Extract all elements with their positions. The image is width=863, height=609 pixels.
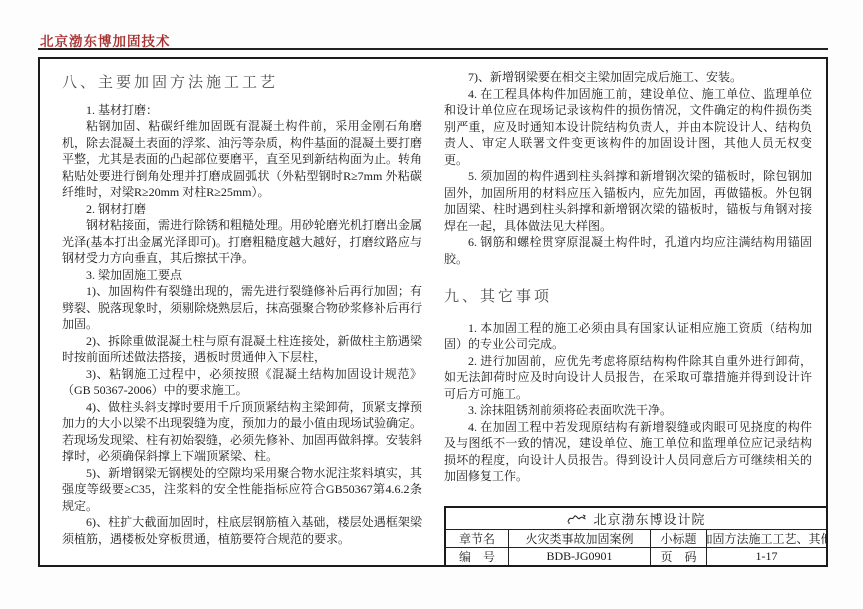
subtitle-value: 主要加固方法施工工艺、其他事项 bbox=[706, 529, 826, 547]
brand-header: 北京渤东博加固技术 bbox=[40, 30, 171, 50]
brand-underline-rule bbox=[38, 48, 828, 50]
right-column: 7)、新增钢梁要在相交主梁加固完成后施工、安装。4. 在工程具体构件加固施工前，… bbox=[444, 69, 812, 485]
section-heading-9: 九、其它事项 bbox=[444, 289, 812, 306]
section-heading-8: 八、主要加固方法施工工艺 bbox=[62, 75, 422, 92]
right-column-paragraphs-top: 7)、新增钢梁要在相交主梁加固完成后施工、安装。4. 在工程具体构件加固施工前，… bbox=[444, 69, 812, 267]
paragraph: 2. 进行加固前，应优先考虑将原结构构件除其自重外进行卸荷，如无法卸荷时应及时向… bbox=[444, 353, 812, 403]
paragraph: 6)、柱扩大截面加固时，柱底层钢筋植入基础，楼层处遇框架梁须植筋，遇楼板处穿板贯… bbox=[62, 514, 422, 547]
number-value: BDB-JG0901 bbox=[508, 547, 650, 565]
page-label: 页 码 bbox=[650, 547, 706, 565]
left-column-paragraphs: 1. 基材打磨：粘钢加固、粘碳纤维加固既有混凝土构件前，采用金刚石角磨机，除去混… bbox=[62, 102, 422, 548]
paragraph: 1)、加固构件有裂缝出现的，需先进行裂缝修补后再行加固；有劈裂、脱落现象时，须剔… bbox=[62, 283, 422, 333]
paragraph: 7)、新增钢梁要在相交主梁加固完成后施工、安装。 bbox=[444, 69, 812, 86]
left-column: 八、主要加固方法施工工艺 1. 基材打磨：粘钢加固、粘碳纤维加固既有混凝土构件前… bbox=[62, 69, 422, 547]
paragraph: 1. 基材打磨： bbox=[62, 102, 422, 119]
paragraph: 4. 在工程具体构件加固施工前，建设单位、施工单位、监理单位和设计单位应在现场记… bbox=[444, 86, 812, 169]
institute-name: 北京渤东博设计院 bbox=[593, 509, 705, 528]
paragraph: 5)、新增钢梁无钢楔处的空隙均采用聚合物水泥注浆料填实，其强度等级要≥C35，注… bbox=[62, 465, 422, 515]
paragraph: 6. 钢筋和螺栓贯穿原混凝土构件时，孔道内均应注满结构用锚固胶。 bbox=[444, 234, 812, 267]
paragraph: 4. 在加固工程中若发现原结构有新增裂缝或肉眼可见挠度的构件及与图纸不一致的情况… bbox=[444, 419, 812, 485]
title-block-header: 北京渤东博设计院 bbox=[446, 508, 826, 529]
paragraph: 3. 梁加固施工要点 bbox=[62, 267, 422, 284]
paragraph: 3. 涂抹阻锈剂前须将砼表面吹洗干净。 bbox=[444, 402, 812, 419]
paragraph: 2)、拆除重做混凝土柱与原有混凝土柱连接处，新做柱主筋遇梁时按前面所述做法搭接，… bbox=[62, 333, 422, 366]
subtitle-label: 小标题 bbox=[650, 529, 706, 547]
paragraph: 钢材粘接面，需进行除锈和粗糙处理。用砂轮磨光机打磨出金属光泽(基本打出金属光泽即… bbox=[62, 217, 422, 267]
paragraph: 2. 钢材打磨 bbox=[62, 201, 422, 218]
institute-logo-icon bbox=[566, 512, 588, 525]
title-block-table: 北京渤东博设计院 章节名 火灾类事故加固案例 小标题 主要加固方法施工工艺、其他… bbox=[444, 506, 828, 567]
paragraph: 1. 本加固工程的施工必须由具有国家认证相应施工资质（结构加固）的专业公司完成。 bbox=[444, 320, 812, 353]
paragraph: 5. 须加固的构件遇到柱头斜撑和新增钢次梁的锚板时，除包钢加固外，加固所用的材料… bbox=[444, 168, 812, 234]
paragraph: 粘钢加固、粘碳纤维加固既有混凝土构件前，采用金刚石角磨机，除去混凝土表面的浮浆、… bbox=[62, 118, 422, 201]
chapter-label: 章节名 bbox=[446, 529, 508, 547]
right-column-paragraphs-bottom: 1. 本加固工程的施工必须由具有国家认证相应施工资质（结构加固）的专业公司完成。… bbox=[444, 320, 812, 485]
page-frame: 八、主要加固方法施工工艺 1. 基材打磨：粘钢加固、粘碳纤维加固既有混凝土构件前… bbox=[38, 57, 828, 567]
paragraph: 3)、粘钢施工过程中，必须按照《混凝土结构加固设计规范》（GB 50367-20… bbox=[62, 366, 422, 399]
chapter-value: 火灾类事故加固案例 bbox=[508, 529, 650, 547]
number-label: 编 号 bbox=[446, 547, 508, 565]
paragraph: 4)、做柱头斜支撑时要用千斤顶顶紧结构主梁卸荷，顶紧支撑预加力的大小以梁不出现裂… bbox=[62, 399, 422, 465]
page-value: 1-17 bbox=[706, 547, 826, 565]
